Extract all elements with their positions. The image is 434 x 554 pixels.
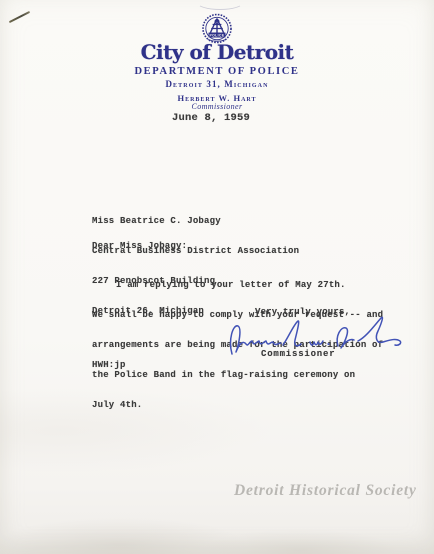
letterhead-department: DEPARTMENT OF POLICE [0, 66, 434, 77]
badge-banner-text: POLICE [209, 33, 224, 37]
letterhead-commissioner-title: Commissioner [0, 102, 434, 111]
scan-artifact-curve [196, 0, 244, 10]
salutation: Dear Miss Jobagy: [92, 241, 187, 251]
scanned-letter-page: POLICE City of Detroit DEPARTMENT OF POL… [0, 0, 434, 554]
recipient-name: Miss Beatrice C. Jobagy [92, 216, 299, 226]
letterhead-address: Detroit 31, Michigan [0, 79, 434, 89]
body-line: the Police Band in the flag-raising cere… [92, 370, 383, 380]
watermark-detroit-historical-society: Detroit Historical Society [234, 482, 417, 500]
signed-title: Commissioner [261, 349, 335, 359]
body-line: July 4th. [92, 400, 383, 410]
letterhead-city-title: City of Detroit [0, 40, 434, 64]
body-line: I am replying to your letter of May 27th… [92, 280, 383, 290]
pen-scratch-mark [9, 11, 30, 23]
typist-initials: HWH:jp [92, 360, 126, 370]
letter-date: June 8, 1959 [172, 113, 250, 123]
